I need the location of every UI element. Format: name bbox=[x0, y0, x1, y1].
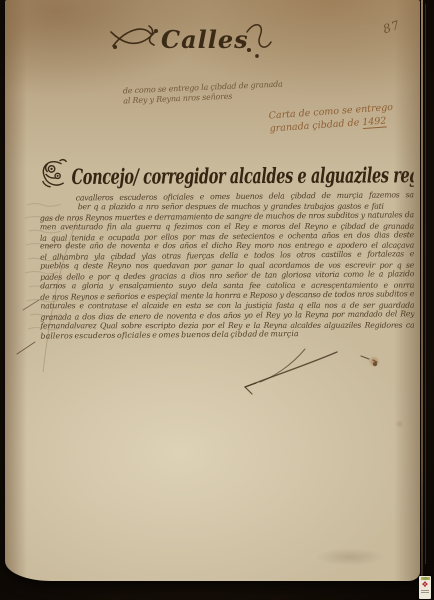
archive-stamp: ❖ bbox=[419, 576, 431, 599]
bottom-smudge bbox=[315, 548, 385, 566]
right-swash-icon bbox=[247, 25, 271, 57]
folio-number: 87 bbox=[381, 18, 402, 37]
header-title-text: Calles bbox=[161, 25, 249, 54]
opening-line: Concejo/ corregidor alcaldes e alguazile… bbox=[40, 152, 414, 190]
manuscript-line: balleros escuderos oficiales e omes buen… bbox=[40, 329, 317, 342]
body-lines: cavalleros escuderos oficiales e omes bu… bbox=[40, 191, 415, 341]
opening-line-text: Concejo/ corregidor alcaldes e alguazile… bbox=[72, 163, 414, 190]
page-edge-2 bbox=[425, 4, 426, 564]
stamp-text-line bbox=[421, 590, 429, 591]
ornamental-initial-icon bbox=[40, 156, 70, 190]
margin-note: de como se entrego la çibdad de granada … bbox=[123, 78, 329, 107]
header-calligraphy: Calles bbox=[109, 12, 279, 64]
stamp-emblem-icon: ❖ bbox=[421, 580, 428, 589]
faint-stain bbox=[395, 420, 404, 428]
photo-frame: Calles 87 de como se entrego la çibdad d… bbox=[0, 0, 434, 600]
page-edge bbox=[421, 0, 423, 576]
ink-stain bbox=[368, 356, 380, 367]
year-underlined: 1492 bbox=[362, 115, 387, 129]
archivist-note: Carta de como se entrego granada çibdad … bbox=[268, 98, 429, 135]
stamp-color-band bbox=[421, 577, 430, 580]
stamp-text-line bbox=[421, 592, 429, 593]
manuscript-page: Calles 87 de como se entrego la çibdad d… bbox=[5, 0, 420, 581]
manuscript-text-block: Concejo/ corregidor alcaldes e alguazile… bbox=[40, 152, 415, 341]
left-swash-icon bbox=[111, 26, 157, 48]
